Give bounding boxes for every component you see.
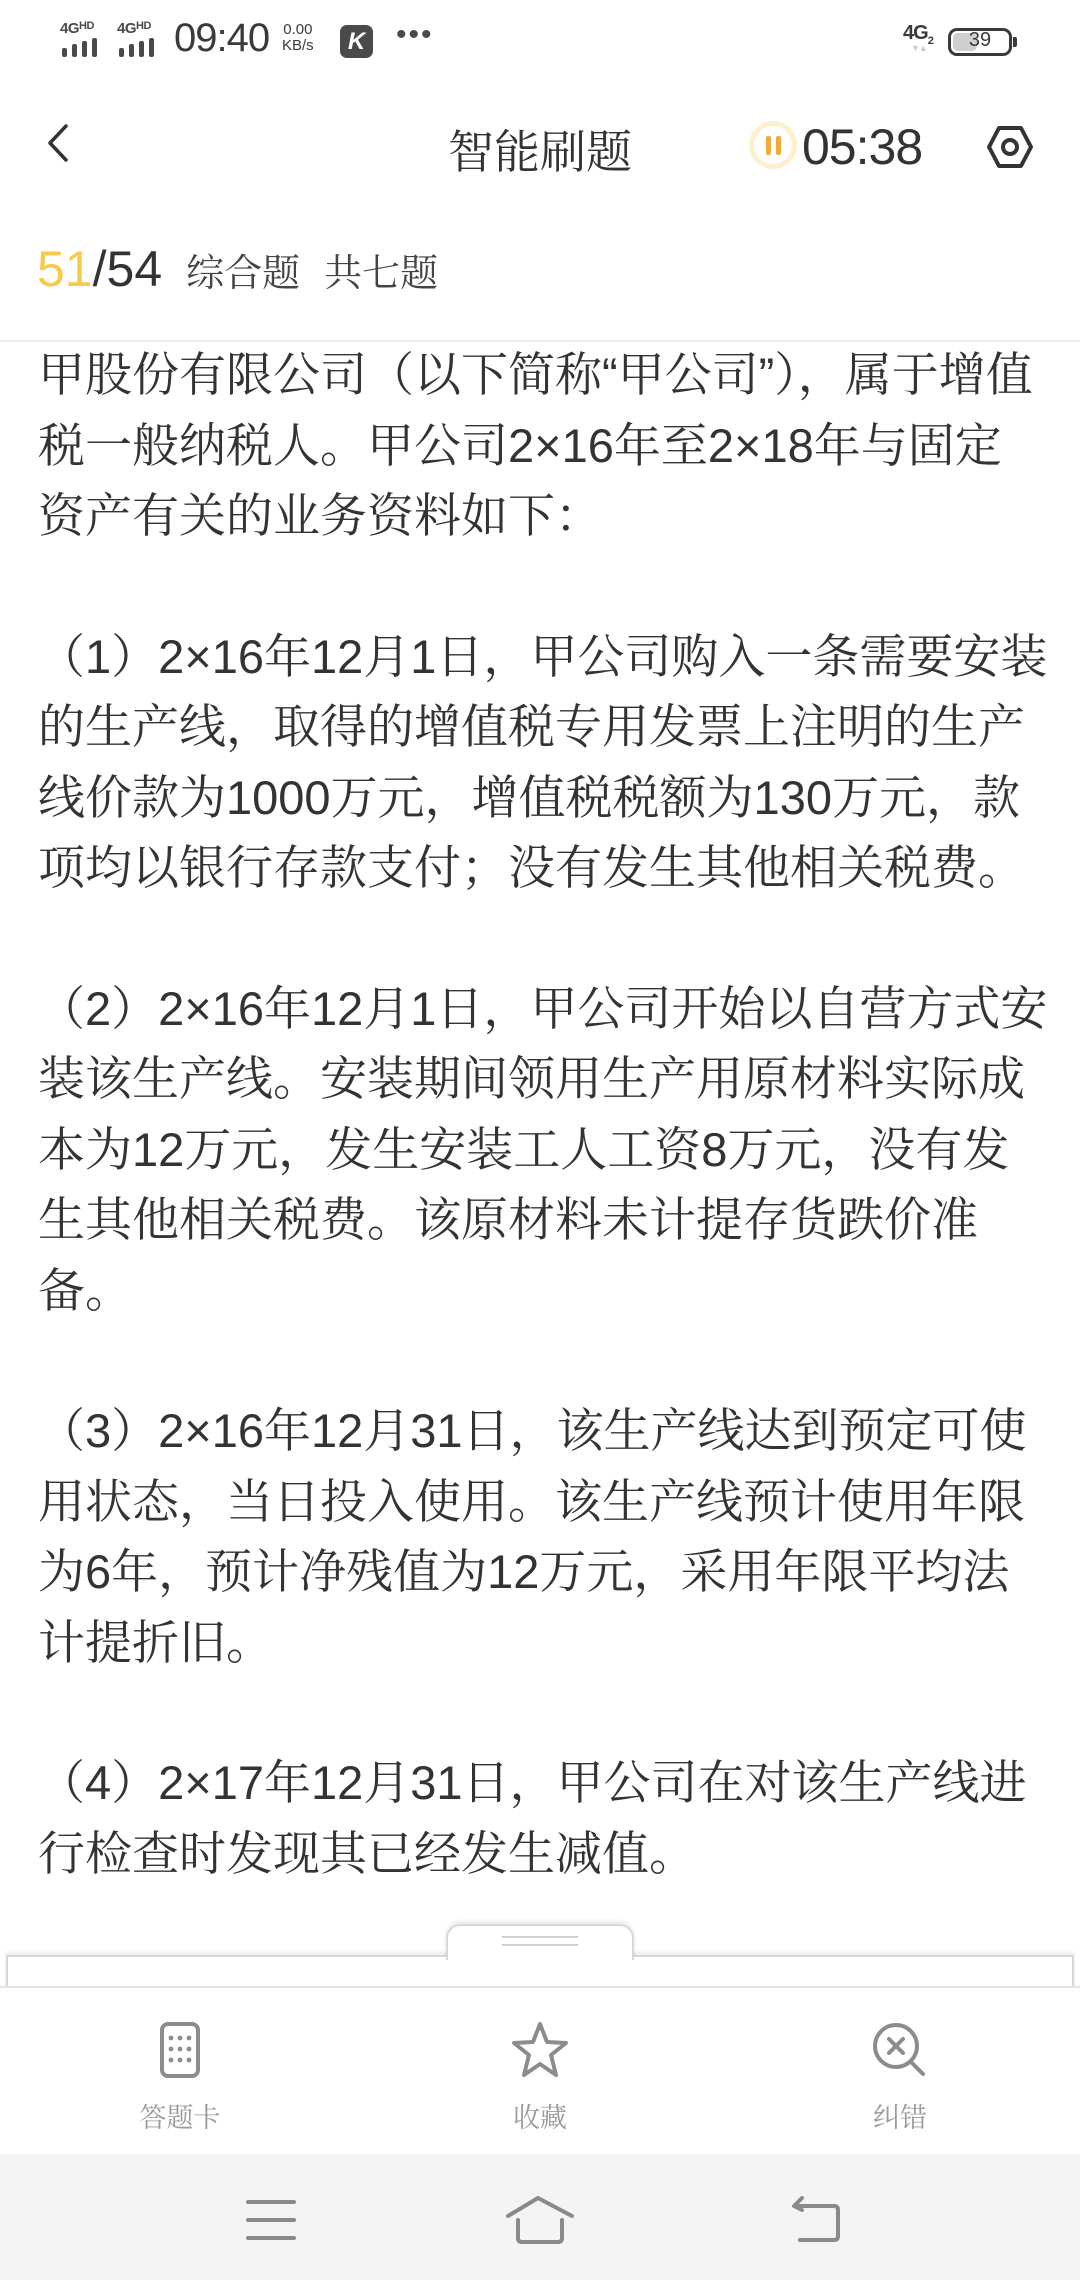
drawer-drag-handle[interactable]	[446, 1924, 634, 1960]
status-time: 09:40	[174, 16, 269, 61]
answer-sheet-icon	[148, 2018, 212, 2082]
question-paragraph: （4）2×17年12月31日，甲公司在对该生产线进行检查时发现其已经发生减值。	[38, 1748, 1048, 1889]
settings-hexagon-icon	[986, 124, 1034, 170]
total-questions: /54	[93, 240, 163, 298]
menu-icon	[236, 2196, 308, 2246]
signal-strength-sim2-icon: 4GHD	[117, 20, 165, 60]
report-error-icon	[868, 2018, 932, 2082]
network-speed-unit: KB/s	[282, 38, 314, 54]
report-error-button[interactable]: 纠错	[720, 1988, 1080, 2152]
bottom-toolbar: 答题卡 收藏 纠错	[0, 1988, 1080, 2152]
question-paragraph: （2）2×16年12月1日，甲公司开始以自营方式安装该生产线。安装期间领用生产用…	[38, 974, 1048, 1327]
home-icon	[504, 2196, 576, 2246]
system-nav-bar	[0, 2154, 1080, 2280]
recent-apps-button[interactable]	[236, 2196, 308, 2246]
app-notification-icon: K	[340, 25, 373, 58]
home-button[interactable]	[504, 2196, 576, 2246]
question-progress: 51 /54 综合题 共七题	[37, 240, 438, 310]
favorite-button[interactable]: 收藏	[360, 1988, 720, 2152]
back-icon	[784, 2196, 856, 2246]
system-back-button[interactable]	[784, 2196, 856, 2246]
elapsed-timer: 05:38	[802, 118, 922, 176]
settings-button[interactable]	[986, 124, 1034, 170]
drag-handle-icon	[502, 1936, 578, 1938]
favorite-label: 收藏	[513, 2096, 567, 2135]
signal-strength-sim1-icon: 4GHD	[60, 20, 108, 60]
question-stem: 甲股份有限公司（以下简称“甲公司”），属于增值税一般纳税人。甲公司2×16年至2…	[38, 340, 1048, 1940]
status-bar: 4GHD 4GHD 09:40 0.00 KB/s K ••• 4G2 ▼▲ 3…	[0, 0, 1080, 84]
network-speed: 0.00 KB/s	[282, 22, 314, 54]
battery-icon: 39	[948, 28, 1012, 56]
pause-timer-button[interactable]	[749, 121, 797, 169]
sub-question-count: 共七题	[324, 242, 438, 297]
question-type: 综合题	[186, 242, 300, 297]
answer-sheet-button[interactable]: 答题卡	[0, 1988, 360, 2152]
app-header: 智能刷题 05:38	[0, 84, 1080, 208]
question-paragraph: （1）2×16年12月1日，甲公司购入一条需要安装的生产线，取得的增值税专用发票…	[38, 622, 1048, 904]
star-icon	[508, 2018, 572, 2082]
answer-sheet-label: 答题卡	[140, 2096, 221, 2135]
mobile-data-icon: 4G2 ▼▲	[903, 22, 933, 53]
report-error-label: 纠错	[873, 2096, 927, 2135]
pause-icon	[766, 136, 771, 155]
network-speed-value: 0.00	[282, 22, 314, 38]
more-notifications-icon: •••	[396, 18, 434, 52]
battery-level: 39	[951, 29, 1009, 52]
question-paragraph: （3）2×16年12月31日，该生产线达到预定可使用状态，当日投入使用。该生产线…	[38, 1396, 1048, 1678]
current-question-number: 51	[37, 240, 93, 298]
question-paragraph: 甲股份有限公司（以下简称“甲公司”），属于增值税一般纳税人。甲公司2×16年至2…	[38, 340, 1048, 552]
